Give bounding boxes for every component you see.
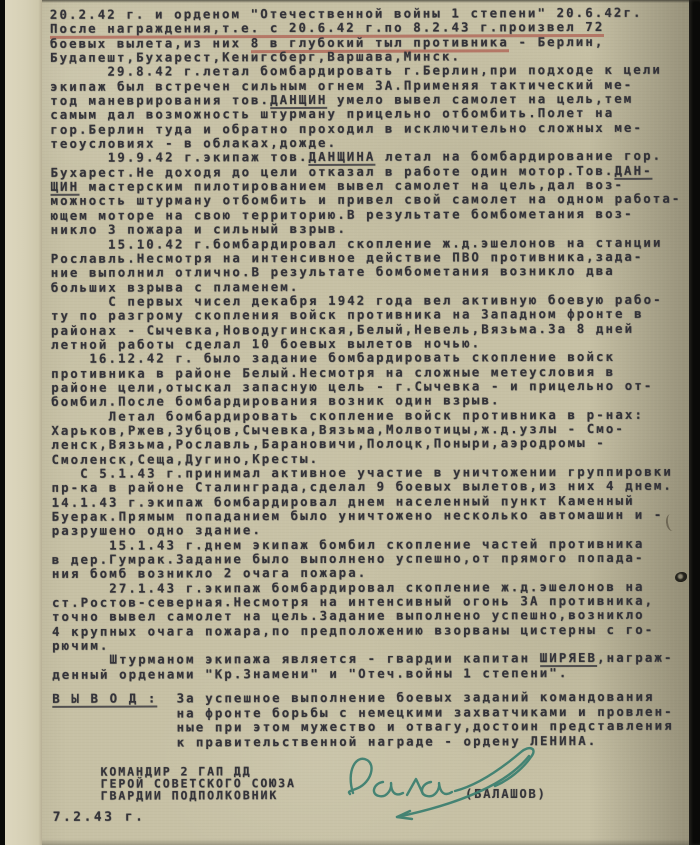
text-segment: ленск,Вязьма,Рославль,Барановичи,Полоцк,…: [51, 435, 606, 452]
text-segment: 4 крупных очага пожара,по предположению …: [52, 622, 654, 639]
text-line: 4 крупных очага пожара,по предположению …: [52, 622, 688, 639]
scan-edge-left: [0, 0, 5, 845]
typed-text-column: 20.2.42 г. и орденом "Отечественной войн…: [50, 6, 689, 825]
handwritten-signature: [323, 741, 585, 829]
text-segment: ГВАРДИИ ПОДПОЛКОВНИК: [101, 788, 279, 803]
text-segment: Буерак.Прямым попаданием было уничтожено…: [52, 507, 664, 524]
text-line: Буерак.Прямым попаданием было уничтожено…: [52, 508, 688, 525]
text-line: денный орденами "Кр.Знамени" и "Отеч.вой…: [52, 665, 688, 682]
text-segment: денный орденами "Кр.Знамени" и "Отеч.вой…: [52, 665, 568, 682]
text-segment: - Берлин,: [509, 34, 605, 49]
paper-sheet: 20.2.42 г. и орденом "Отечественной войн…: [5, 0, 691, 845]
signature-ink-icon: [323, 741, 585, 829]
text-line: ющем моторе на свою территорию.В результ…: [51, 206, 687, 223]
text-segment: рючим.: [52, 638, 109, 653]
typed-body: 20.2.42 г. и орденом "Отечественной войн…: [50, 6, 688, 682]
text-line: ние выполнил отлично.В результате бомбом…: [51, 264, 687, 281]
text-segment: боевых вылета,из них: [50, 35, 251, 51]
scanned-document: 20.2.42 г. и орденом "Отечественной войн…: [0, 0, 700, 845]
text-line: ленск,Вязьма,Рославль,Барановичи,Полоцк,…: [51, 436, 687, 453]
scan-edge-right: [689, 0, 700, 845]
text-segment: гор.Берлин туда и обратно проходил в иск…: [50, 120, 643, 137]
text-segment: летал на бомбардирование гор.: [375, 148, 662, 164]
text-segment: разрушено одно здание.: [52, 523, 262, 539]
page-edge-band: [5, 0, 42, 845]
text-segment: ние выполнил отлично.В результате бомбом…: [51, 263, 615, 280]
text-segment: ,награж-: [597, 650, 674, 665]
text-line: гор.Берлин туда и обратно проходил в иск…: [50, 120, 686, 137]
